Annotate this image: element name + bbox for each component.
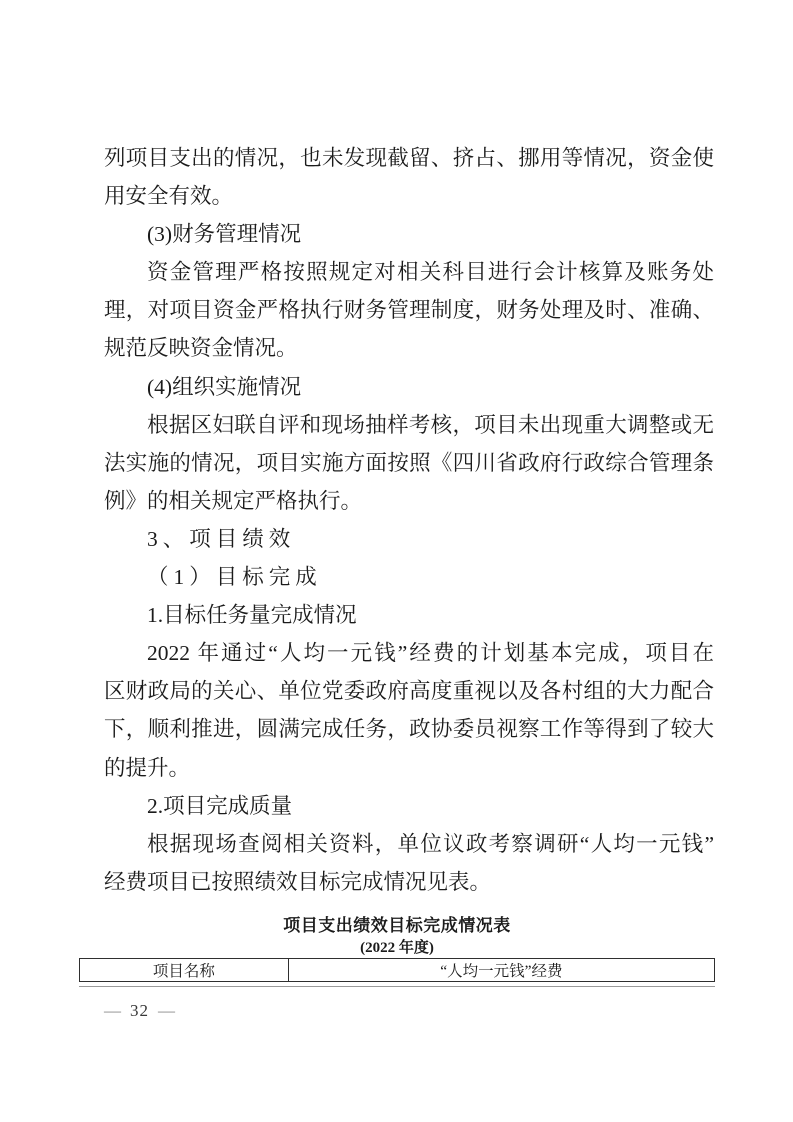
cut-table-row-line (79, 986, 715, 987)
table-subtitle: (2022 年度) (79, 939, 715, 958)
paragraph-line: 区财政局的关心、单位党委政府高度重视以及各村组的大力配合 (104, 672, 714, 710)
table-title: 项目支出绩效目标完成情况表 (79, 912, 715, 939)
heading-line: 1.目标任务量完成情况 (104, 596, 714, 634)
paragraph-line: 的提升。 (104, 749, 714, 787)
heading-line: (3)财务管理情况 (104, 215, 714, 253)
performance-table-section: 项目支出绩效目标完成情况表 (2022 年度) 项目名称 “人均一元钱”经费 (79, 912, 715, 987)
paragraph-line: 资金管理严格按照规定对相关科目进行会计核算及账务处 (104, 253, 714, 291)
document-body: 列项目支出的情况，也未发现截留、挤占、挪用等情况，资金使 用安全有效。 (3)财… (104, 139, 714, 901)
paragraph-line: 根据现场查阅相关资料，单位议政考察调研“人均一元钱” (104, 825, 714, 863)
footer-dash-right: — (158, 1001, 175, 1020)
paragraph-line: 2022 年通过“人均一元钱”经费的计划基本完成，项目在 (104, 634, 714, 672)
heading-line: 2.项目完成质量 (104, 787, 714, 825)
cell-project-name-label: 项目名称 (80, 959, 289, 982)
cell-project-name-value: “人均一元钱”经费 (288, 959, 714, 982)
paragraph-line: 列项目支出的情况，也未发现截留、挤占、挪用等情况，资金使 (104, 139, 714, 177)
page-footer: —32— (104, 1001, 175, 1021)
performance-table: 项目名称 “人均一元钱”经费 (79, 958, 715, 982)
page-number: 32 (130, 1001, 149, 1020)
paragraph-line: 经费项目已按照绩效目标完成情况见表。 (104, 863, 714, 901)
paragraph-line: 用安全有效。 (104, 177, 714, 215)
paragraph-line: 根据区妇联自评和现场抽样考核，项目未出现重大调整或无 (104, 406, 714, 444)
heading-line: （1）目标完成 (104, 558, 714, 596)
document-page: 列项目支出的情况，也未发现截留、挤占、挪用等情况，资金使 用安全有效。 (3)财… (0, 0, 793, 1122)
heading-line: 3、项目绩效 (104, 520, 714, 558)
table-row: 项目名称 “人均一元钱”经费 (80, 959, 715, 982)
footer-dash-left: — (104, 1001, 121, 1020)
heading-line: (4)组织实施情况 (104, 368, 714, 406)
paragraph-line: 下，顺利推进，圆满完成任务，政协委员视察工作等得到了较大 (104, 710, 714, 748)
paragraph-line: 理，对项目资金严格执行财务管理制度，财务处理及时、准确、 (104, 291, 714, 329)
paragraph-line: 例》的相关规定严格执行。 (104, 482, 714, 520)
paragraph-line: 法实施的情况，项目实施方面按照《四川省政府行政综合管理条 (104, 444, 714, 482)
paragraph-line: 规范反映资金情况。 (104, 329, 714, 367)
